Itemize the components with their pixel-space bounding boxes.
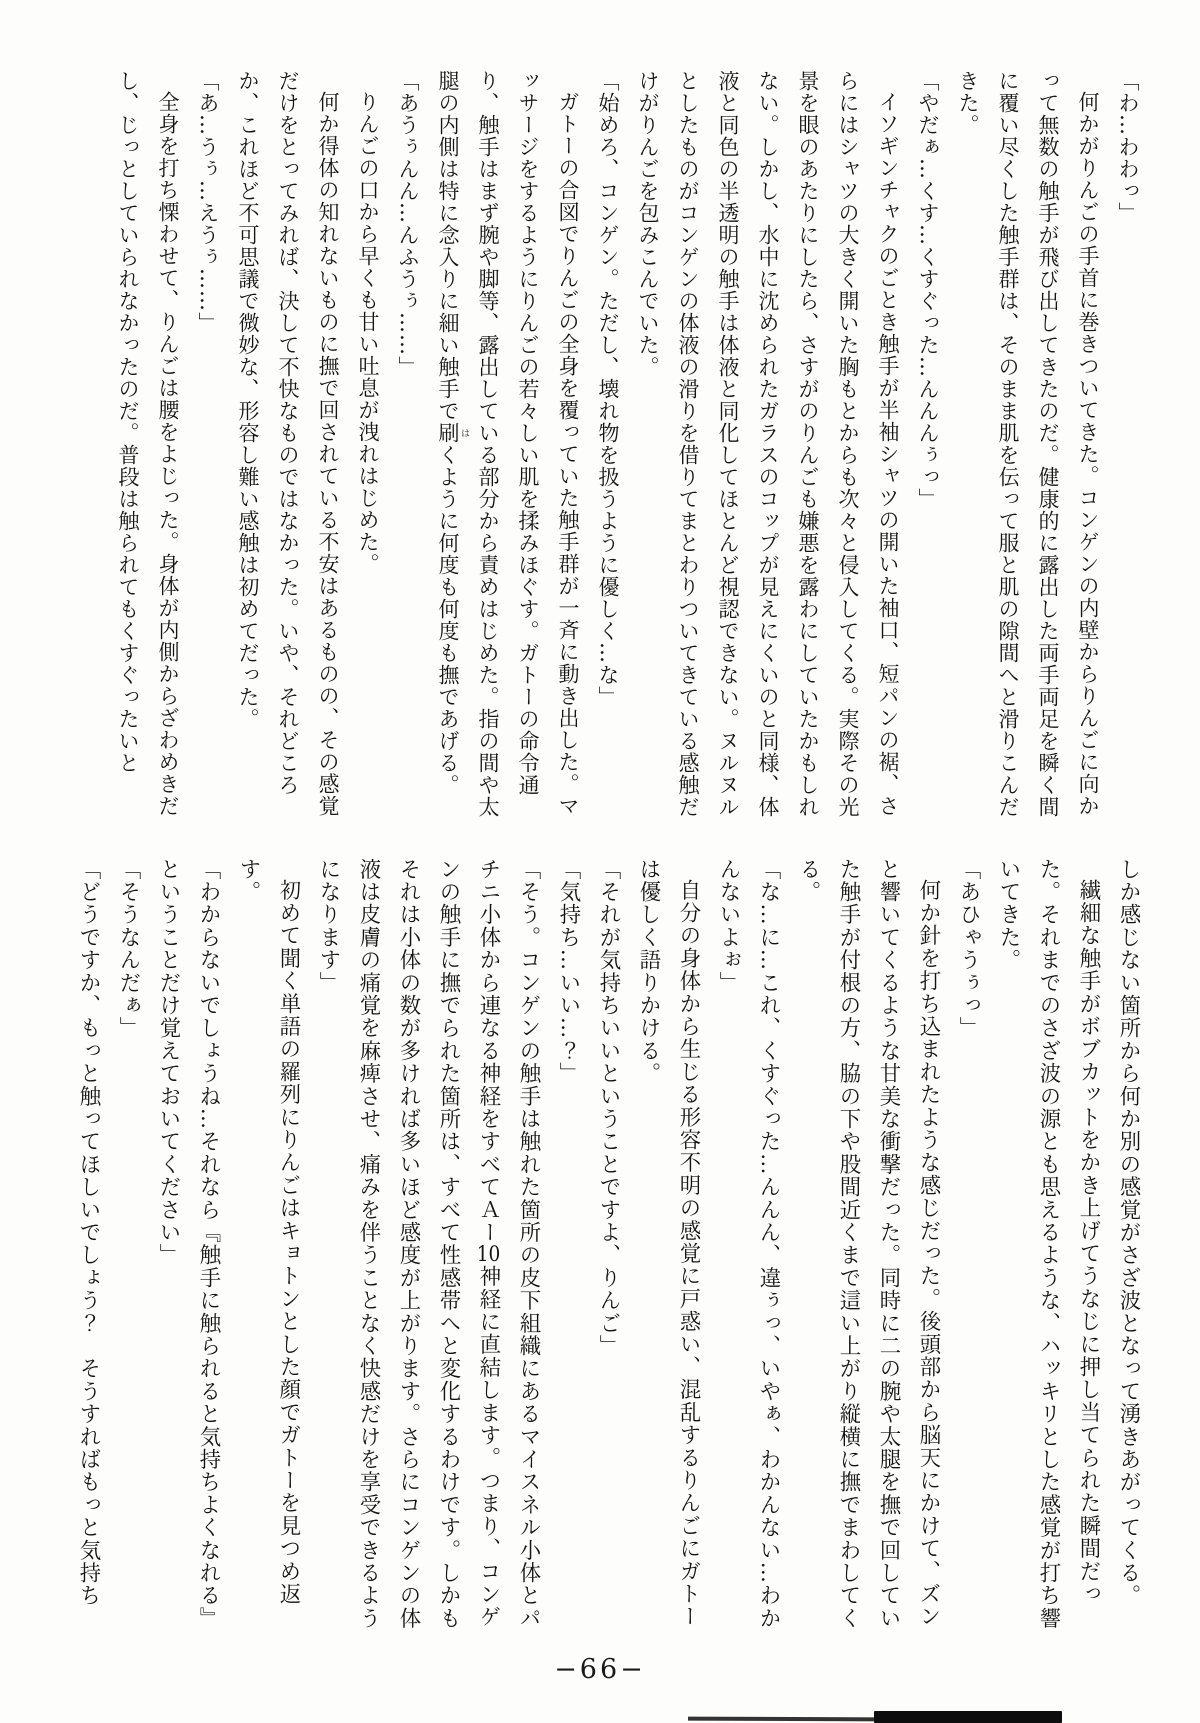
scan-artifact-bar-thick — [874, 1711, 1062, 1723]
text-block-bottom: しか感じない箇所から何か別の感覚がさざ波となって湧きあがってくる。繊細な触手がボ… — [58, 858, 1148, 1636]
narrative-paragraph: 自分の身体から生じる形容不明の感覚に戸惑い、混乱するりんごにガトーは優しく語りか… — [628, 858, 708, 1636]
narrative-paragraph: 初めて聞く単語の羅列にりんごはキョトンとした顔でガトーを見つめ返す。 — [228, 858, 308, 1636]
narrative-paragraph: 繊細な触手がボブカットをかき上げてうなじに押し当てられた瞬間だった。それまでのさ… — [988, 858, 1108, 1636]
dialogue-line: 「そうなんだぁ」 — [108, 858, 148, 1636]
scan-artifact-bar-thin — [688, 1717, 883, 1722]
dialogue-line: 「わ…わわっ」 — [1108, 70, 1148, 822]
dialogue-line: 「やだぁ…くす…くすぐった…んんんぅっ」 — [908, 70, 948, 822]
narrative-paragraph: りんごの口から早くも甘い吐息が洩れはじめた。 — [348, 70, 388, 822]
narrative-paragraph: 何かがりんごの手首に巻きついてきた。コンゲンの内壁からりんごに向かって無数の触手… — [948, 70, 1108, 822]
narrative-paragraph: ガトーの合図でりんごの全身を覆っていた触手群が一斉に動き出した。マッサージをする… — [428, 70, 588, 822]
dialogue-line: 「あ…うぅ…えうぅ……」 — [188, 70, 228, 822]
dialogue-line: 「な…に…これ、くすぐった…んんん、違ぅっ、いやぁ、わかんない…わかんないよぉ」 — [708, 858, 788, 1636]
narrative-continuation: しか感じない箇所から何か別の感覚がさざ波となって湧きあがってくる。 — [1108, 858, 1148, 1636]
dialogue-line: 「そう。コンゲンの触手は触れた箇所の皮下組織にあるマイスネル小体とパチニ小体から… — [308, 858, 548, 1636]
narrative-paragraph: イソギンチャクのごとき触手が半袖シャツの開いた袖口、短パンの裾、さらにはシャツの… — [628, 70, 908, 822]
dialogue-line: 「どうですか、もっと触ってほしいでしょう？ そうすればもっと気持ち — [68, 858, 108, 1636]
dialogue-line: 「それが気持ちいいということですよ、りんご」 — [588, 858, 628, 1636]
page-number: −66− — [0, 1654, 1200, 1685]
dialogue-line: 「わからないでしょうね…それなら『触手に触られると気持ちよくなれる』ということだ… — [148, 858, 228, 1636]
text-block-top: 「わ…わわっ」何かがりんごの手首に巻きついてきた。コンゲンの内壁からりんごに向か… — [58, 70, 1148, 822]
dialogue-line: 「始めろ、コンゲン。ただし、壊れ物を扱うように優しく…な」 — [588, 70, 628, 822]
narrative-paragraph: 何か得体の知れないものに撫で回されている不安はあるものの、その感覚だけをとってみ… — [228, 70, 348, 822]
dialogue-line: 「あうぅんん…んふうぅ……」 — [388, 70, 428, 822]
narrative-paragraph: 何か針を打ち込まれたような感じだった。後頭部から脳天にかけて、ズンと響いてくるよ… — [788, 858, 948, 1636]
narrative-paragraph: 全身を打ち慄わせて、りんごは腰をよじった。身体が内側からざわめきだし、じっとして… — [108, 70, 188, 822]
document-page: 「わ…わわっ」何かがりんごの手首に巻きついてきた。コンゲンの内壁からりんごに向か… — [0, 0, 1200, 1723]
dialogue-line: 「あひゃうぅっ」 — [948, 858, 988, 1636]
dialogue-line: 「気持ち…いい…？」 — [548, 858, 588, 1636]
